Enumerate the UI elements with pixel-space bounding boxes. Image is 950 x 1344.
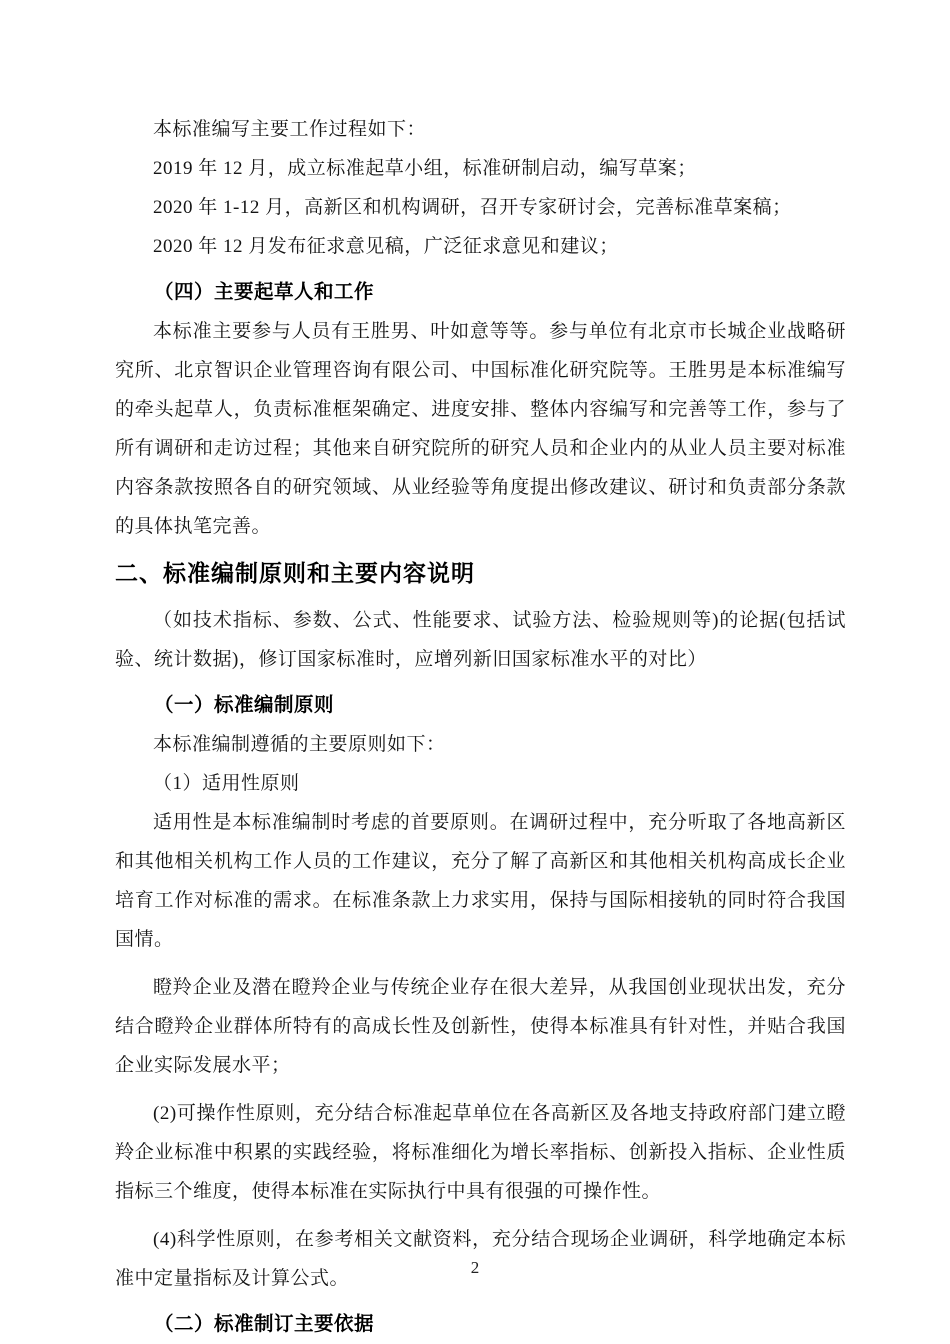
paragraph-milestone-2019-12: 2019 年 12 月，成立标准起草小组，标准研制启动，编写草案；: [115, 149, 846, 188]
paragraph-principles-intro: 本标准编制遵循的主要原则如下：: [115, 725, 846, 764]
page-number: 2: [0, 1258, 950, 1278]
document-page: 本标准编写主要工作过程如下： 2019 年 12 月，成立标准起草小组，标准研制…: [0, 0, 950, 1344]
paragraph-work-process-intro: 本标准编写主要工作过程如下：: [115, 110, 846, 149]
paragraph-milestone-2020-1-12: 2020 年 1-12 月，高新区和机构调研，召开专家研讨会，完善标准草案稿；: [115, 188, 846, 227]
paragraph-chapter-2-note: （如技术指标、参数、公式、性能要求、试验方法、检验规则等)的论据(包括试验、统计…: [115, 601, 846, 679]
paragraph-gazelle-difference: 瞪羚企业及潜在瞪羚企业与传统企业存在很大差异，从我国创业现状出发，充分结合瞪羚企…: [115, 968, 846, 1085]
heading-section-2-basis: （二）标准制订主要依据: [115, 1305, 846, 1344]
paragraph-milestone-2020-12: 2020 年 12 月发布征求意见稿，广泛征求意见和建议；: [115, 227, 846, 266]
heading-section-4-drafters: （四）主要起草人和工作: [115, 273, 846, 312]
heading-section-1-compilation-principles: （一）标准编制原则: [115, 686, 846, 725]
paragraph-principle-2-operability: (2)可操作性原则，充分结合标准起草单位在各高新区及各地支持政府部门建立瞪羚企业…: [115, 1094, 846, 1211]
paragraph-drafters-detail: 本标准主要参与人员有王胜男、叶如意等等。参与单位有北京市长城企业战略研究所、北京…: [115, 312, 846, 546]
heading-chapter-2-principles: 二、标准编制原则和主要内容说明: [115, 550, 846, 596]
paragraph-principle-1-applicability: 适用性是本标准编制时考虑的首要原则。在调研过程中，充分听取了各地高新区和其他相关…: [115, 803, 846, 959]
paragraph-principle-1-title: （1）适用性原则: [115, 764, 846, 803]
